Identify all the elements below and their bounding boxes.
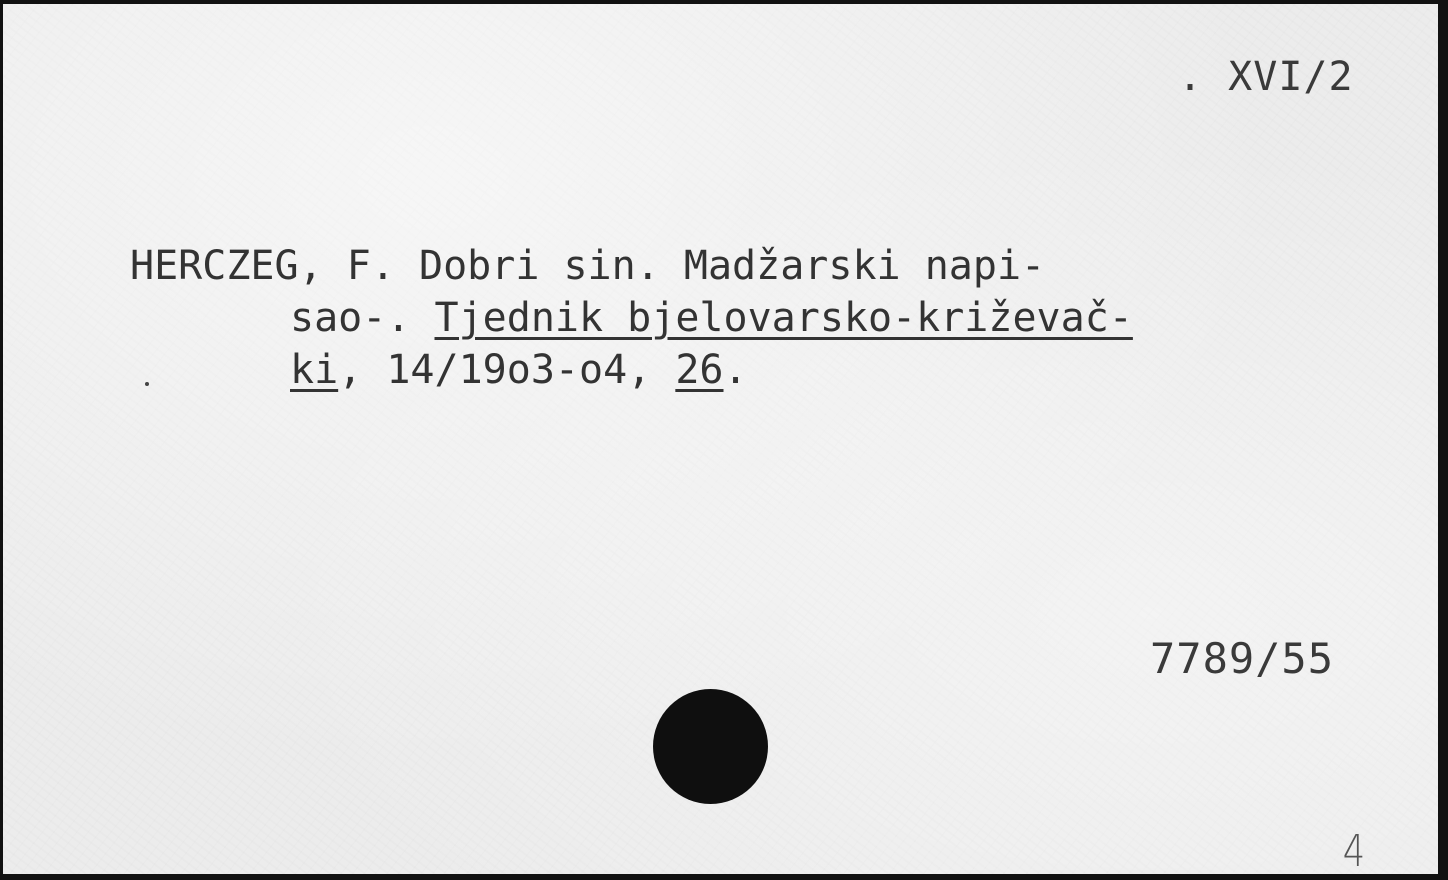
entry-line-1: HERCZEG, F. Dobri sin. Madžarski napi-: [130, 240, 1133, 292]
catalog-card: . XVI/2 HERCZEG, F. Dobri sin. Madžarski…: [3, 4, 1438, 874]
entry-author-note: sao-.: [290, 295, 435, 341]
ink-speck: [145, 382, 149, 386]
entry-line-2: sao-. Tjednik bjelovarsko-križevač-: [130, 292, 1133, 344]
volume-year: , 14/19o3-o4,: [338, 347, 675, 393]
entry-terminator: .: [724, 347, 748, 393]
bibliographic-entry: HERCZEG, F. Dobri sin. Madžarski napi- s…: [130, 240, 1133, 396]
periodical-title: Tjednik bjelovarsko-križevač-: [435, 295, 1133, 341]
shelf-mark: . XVI/2: [1178, 54, 1354, 100]
entry-line-3: ki, 14/19o3-o4, 26.: [130, 344, 1133, 396]
punch-hole: [653, 689, 768, 804]
accession-number: 7789/55: [1150, 634, 1334, 683]
card-number: 4: [1343, 826, 1365, 877]
issue-number: 26: [675, 347, 723, 393]
periodical-title-end: ki: [290, 347, 338, 393]
